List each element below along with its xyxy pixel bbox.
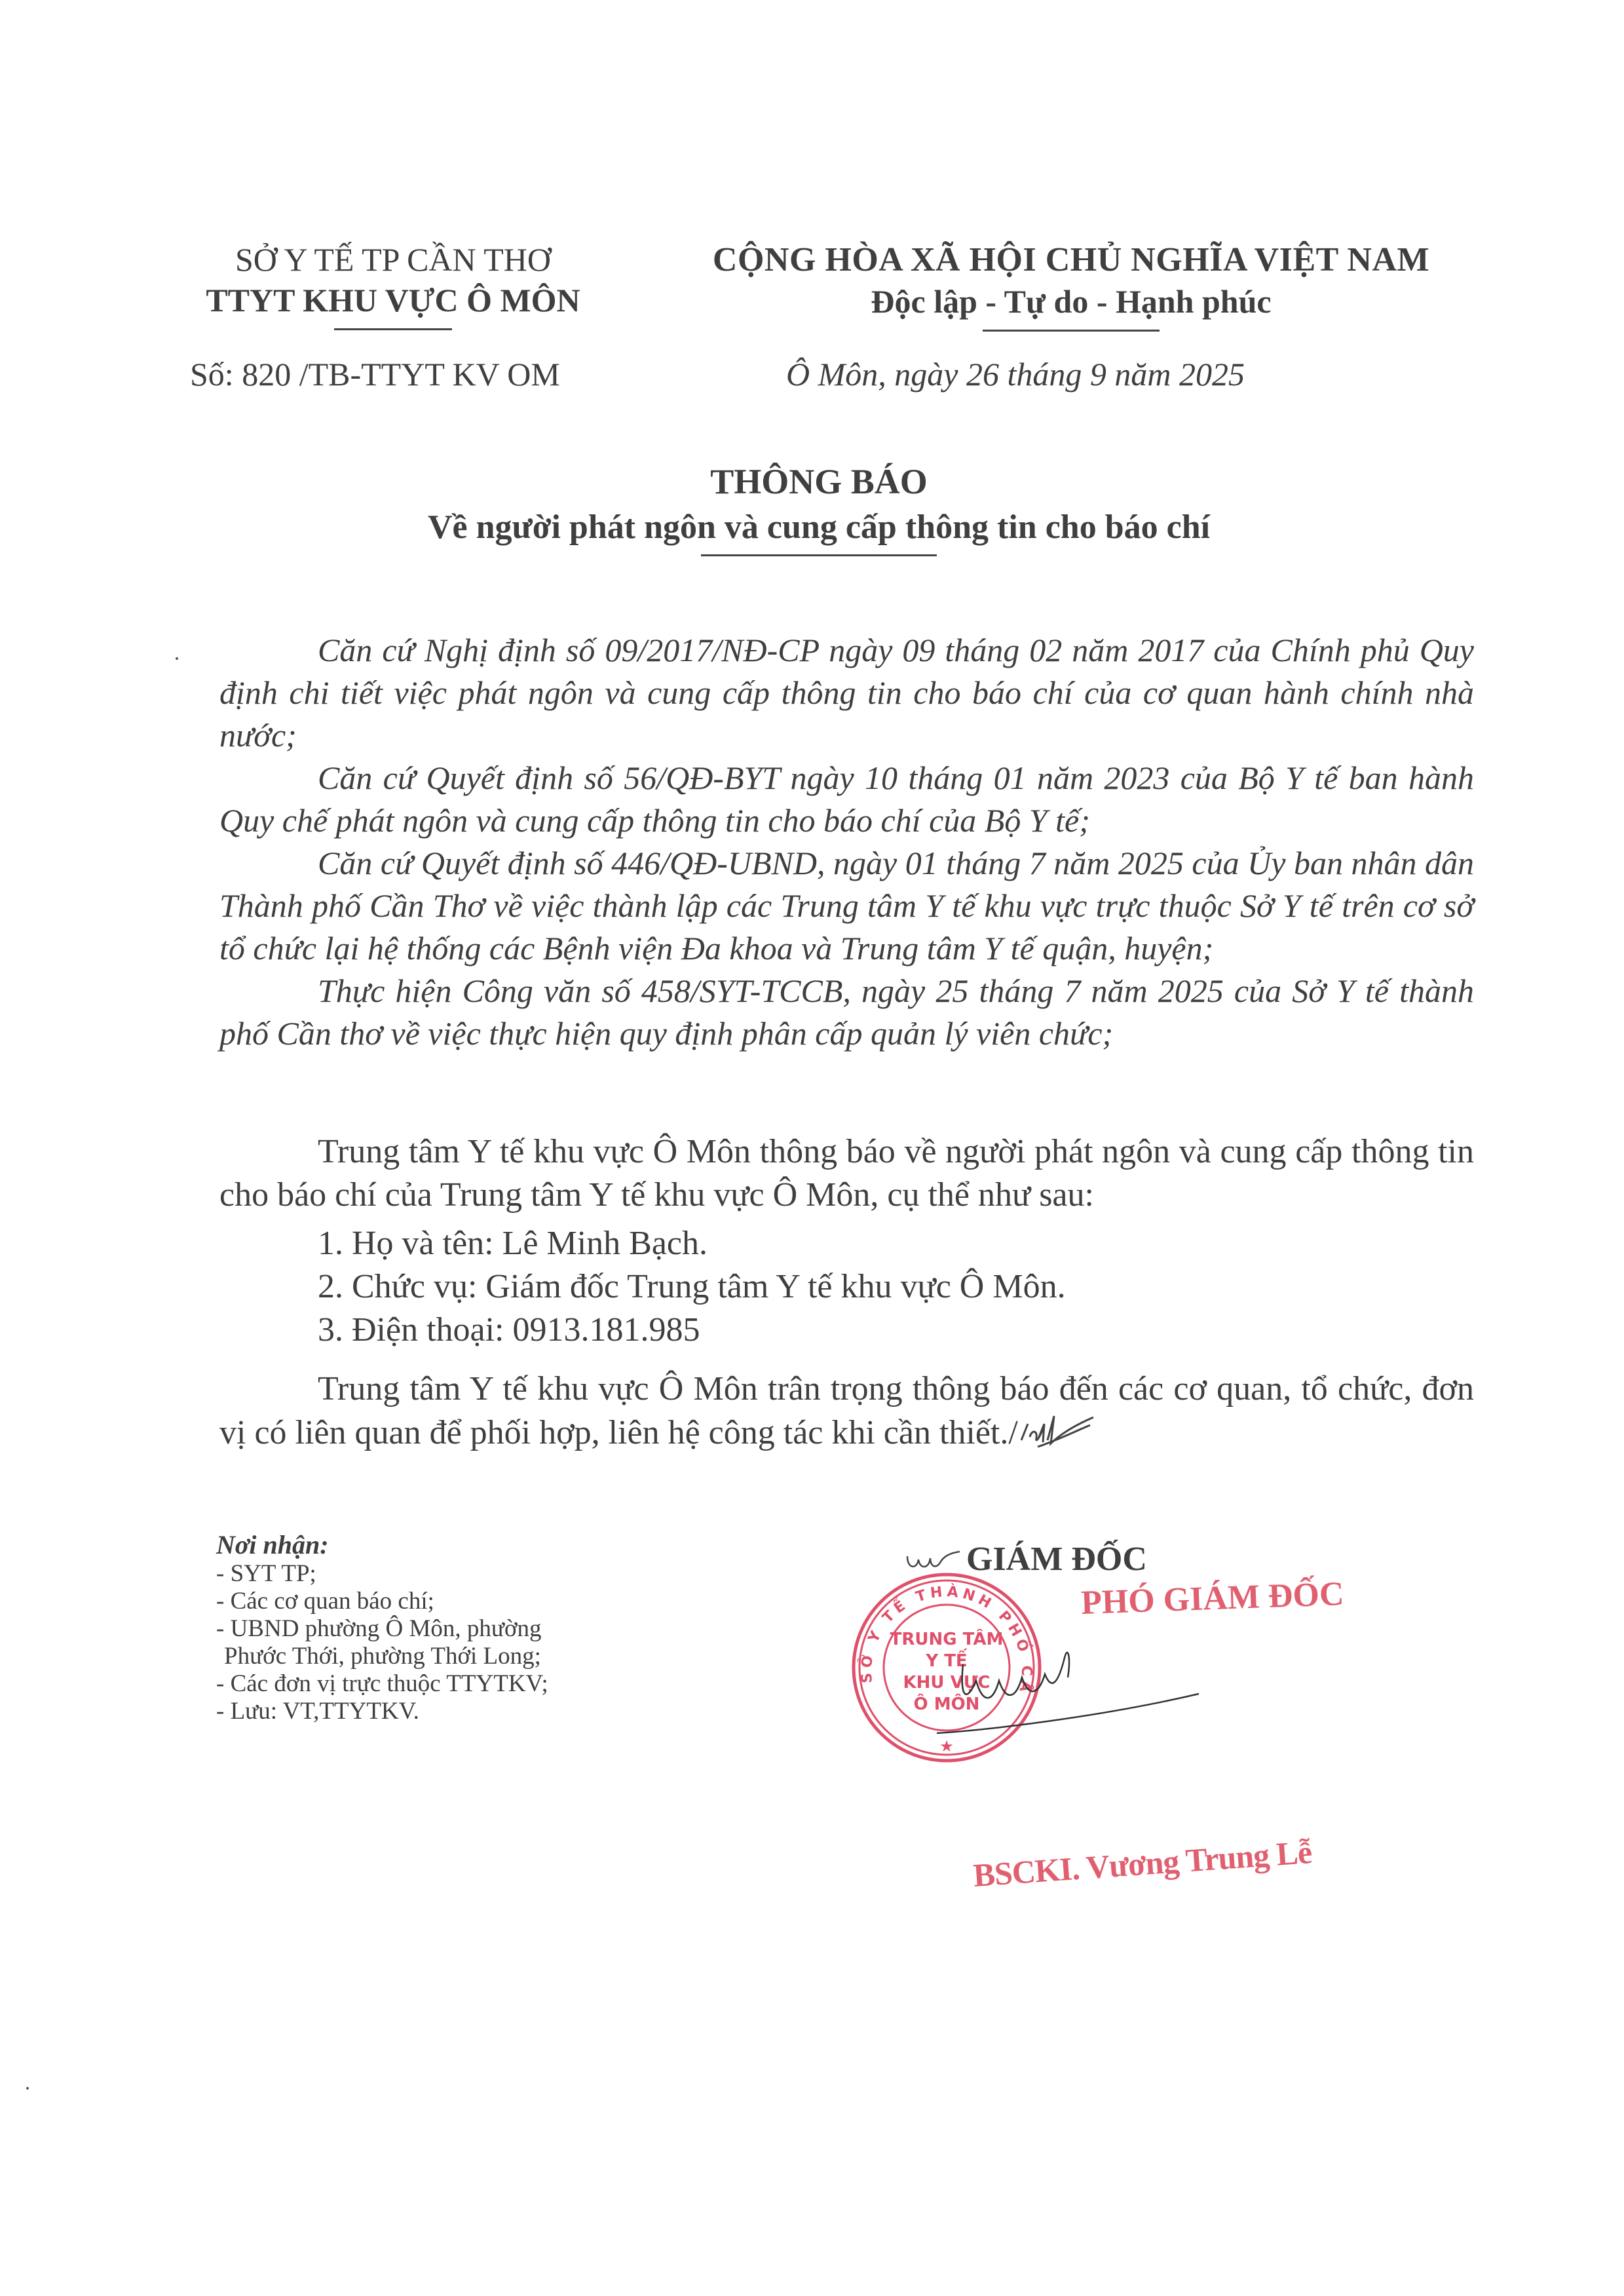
detail-name: 1. Họ và tên: Lê Minh Bạch. [318, 1222, 1474, 1265]
deputy-title-stamp: PHÓ GIÁM ĐỐC [1080, 1575, 1344, 1622]
title-divider [701, 554, 937, 556]
legal-basis-item: Căn cứ Nghị định số 09/2017/NĐ-CP ngày 0… [219, 629, 1474, 757]
legal-basis-item: Căn cứ Quyết định số 446/QĐ-UBND, ngày 0… [219, 842, 1474, 970]
agency-header: SỞ Y TẾ TP CẦN THƠ TTYT KHU VỰC Ô MÔN [177, 239, 609, 330]
document-type: THÔNG BÁO [328, 459, 1310, 505]
national-motto: Độc lập - Tự do - Hạnh phúc [668, 281, 1474, 322]
recipients-block: Nơi nhận: - SYT TP; - Các cơ quan báo ch… [216, 1530, 675, 1725]
document-title: THÔNG BÁO Về người phát ngôn và cung cấp… [328, 459, 1310, 556]
intro-paragraph: Trung tâm Y tế khu vực Ô Môn thông báo v… [219, 1130, 1474, 1217]
signature-block: GIÁM ĐỐC PHÓ GIÁM ĐỐC SỞ Y TẾ THÀNH PHỐ … [904, 1540, 1415, 2012]
place-date: Ô Môn, ngày 26 tháng 9 năm 2025 [721, 354, 1310, 394]
agency-divider [334, 328, 452, 330]
document-subject: Về người phát ngôn và cung cấp thông tin… [328, 505, 1310, 550]
closing-text: Trung tâm Y tế khu vực Ô Môn trân trọng … [219, 1370, 1474, 1451]
recipient-item: - Các cơ quan báo chí; [216, 1588, 675, 1615]
handwritten-signature-icon [937, 1618, 1212, 1736]
scan-speck [26, 2087, 29, 2090]
recipients-heading: Nơi nhận: [216, 1530, 675, 1560]
recipient-item: - Lưu: VT,TTYTKV. [216, 1698, 675, 1725]
detail-phone: 3. Điện thoại: 0913.181.985 [318, 1309, 1474, 1352]
country-name: CỘNG HÒA XÃ HỘI CHỦ NGHĨA VIỆT NAM [668, 239, 1474, 281]
document-number: Số: 820 /TB-TTYT KV OM [190, 354, 560, 394]
recipient-item: Phước Thới, phường Thới Long; [216, 1643, 675, 1670]
svg-text:★: ★ [939, 1737, 954, 1755]
national-header: CỘNG HÒA XÃ HỘI CHỦ NGHĨA VIỆT NAM Độc l… [668, 239, 1474, 332]
initials-mark-icon [904, 1546, 963, 1573]
scan-speck [176, 657, 178, 660]
closing-paragraph: Trung tâm Y tế khu vực Ô Môn trân trọng … [219, 1368, 1474, 1455]
legal-basis: Căn cứ Nghị định số 09/2017/NĐ-CP ngày 0… [219, 629, 1474, 1055]
parent-agency: SỞ Y TẾ TP CẦN THƠ [177, 239, 609, 280]
signer-name: BSCKI. Vương Trung Lễ [972, 1833, 1313, 1894]
issuing-agency: TTYT KHU VỰC Ô MÔN [177, 280, 609, 320]
initial-signature-icon [1018, 1411, 1097, 1450]
recipient-item: - Các đơn vị trực thuộc TTYTKV; [216, 1670, 675, 1698]
motto-divider [983, 330, 1160, 332]
recipient-item: - SYT TP; [216, 1560, 675, 1588]
legal-basis-item: Căn cứ Quyết định số 56/QĐ-BYT ngày 10 t… [219, 757, 1474, 842]
notice-body: Trung tâm Y tế khu vực Ô Môn thông báo v… [219, 1130, 1474, 1455]
detail-position: 2. Chức vụ: Giám đốc Trung tâm Y tế khu … [318, 1265, 1474, 1309]
spokesperson-details: 1. Họ và tên: Lê Minh Bạch. 2. Chức vụ: … [219, 1222, 1474, 1352]
legal-basis-item: Thực hiện Công văn số 458/SYT-TCCB, ngày… [219, 970, 1474, 1055]
recipient-item: - UBND phường Ô Môn, phường [216, 1615, 675, 1643]
